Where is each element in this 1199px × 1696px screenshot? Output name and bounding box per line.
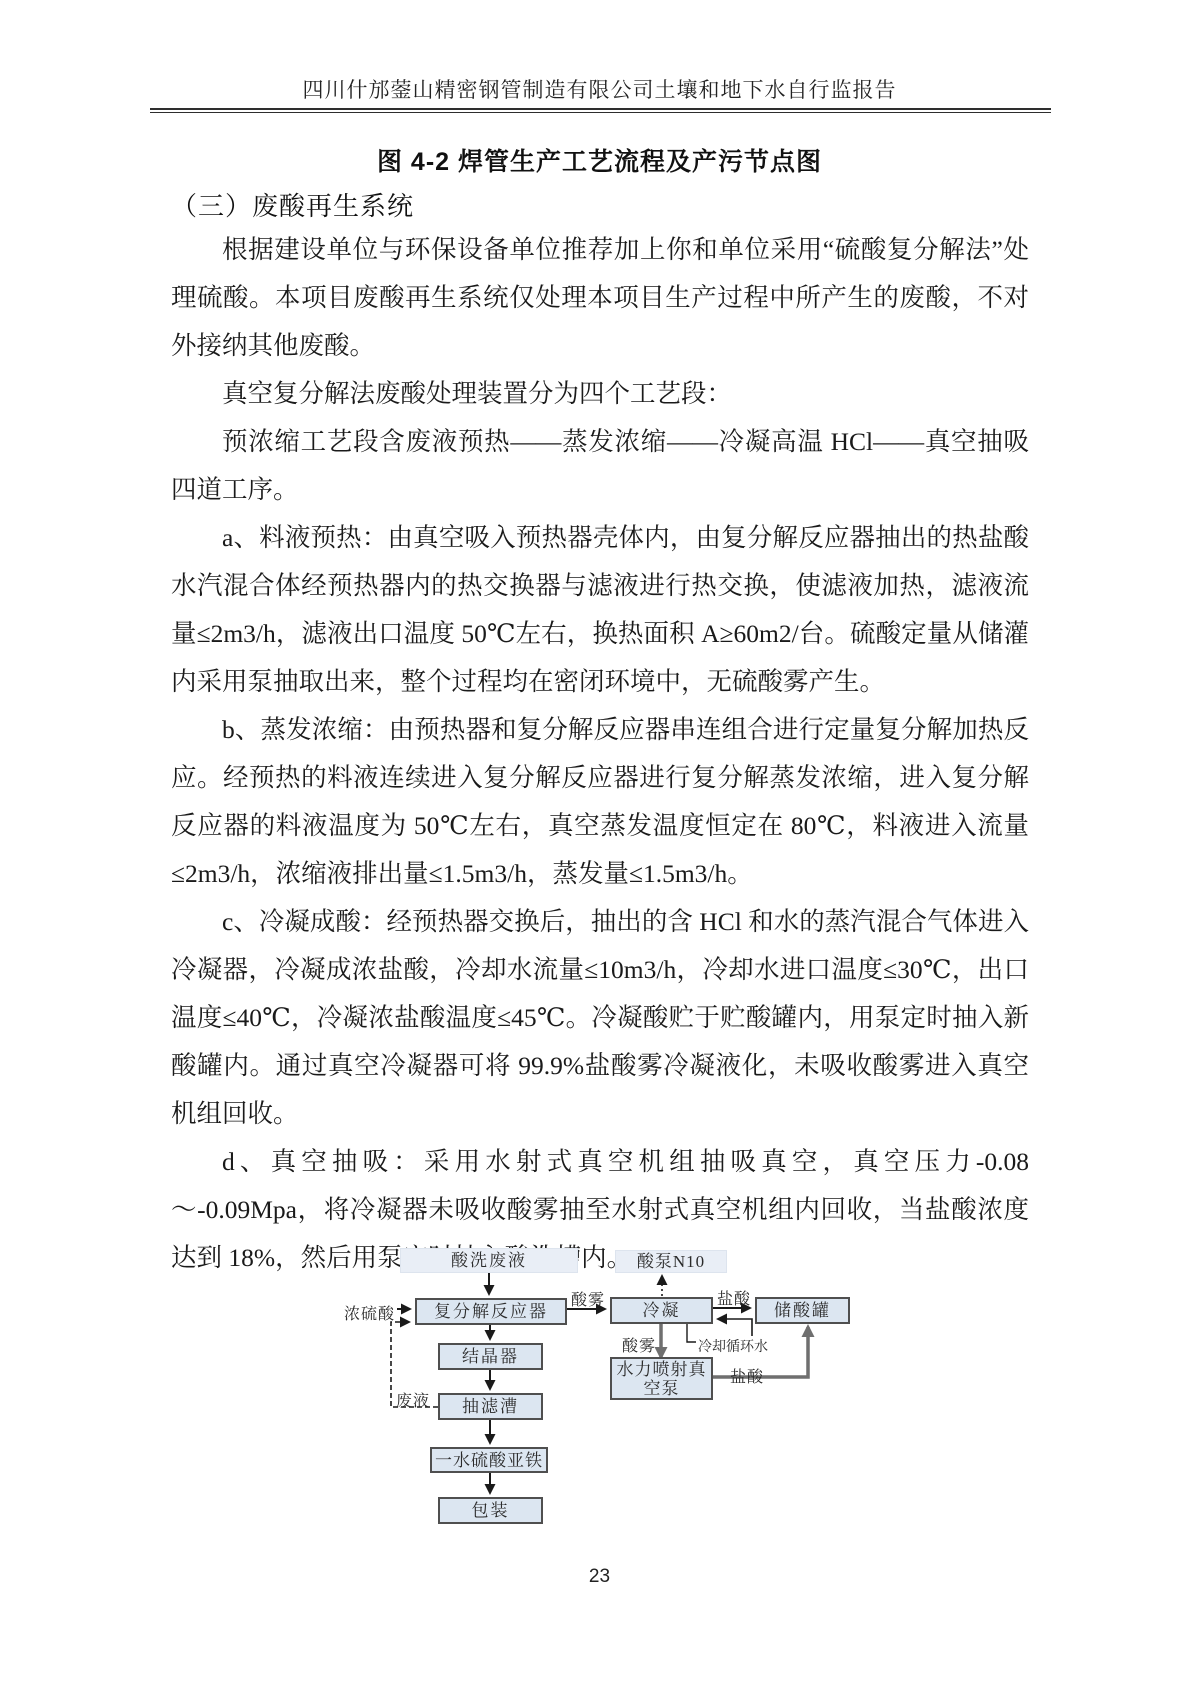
box-pickling-waste: 酸洗废液 [400,1248,578,1273]
label-conc-sulfuric-acid: 浓硫酸 [344,1301,395,1324]
box-acid-pump-n10: 酸泵N10 [615,1250,727,1273]
box-ferrous-sulfate-monohydrate: 一水硫酸亚铁 [430,1447,548,1473]
label-waste-liquid: 废液 [396,1388,430,1411]
page-header: 四川什邡蓥山精密钢管制造有限公司土壤和地下水自行监报告 [0,74,1199,104]
box-suction-filter: 抽滤漕 [438,1393,543,1420]
figure-caption: 图 4-2 焊管生产工艺流程及产污节点图 [0,142,1199,178]
box-hydraulic-jet-vacuum-pump: 水力喷射真空泵 [610,1357,713,1400]
paragraph: a、料液预热：由真空吸入预热器壳体内，由复分解反应器抽出的热盐酸水汽混合体经预热… [171,514,1029,706]
body-text: 根据建设单位与环保设备单位推荐加上你和单位采用“硫酸复分解法”处理硫酸。本项目废… [171,226,1029,1282]
label-acid-mist-top: 酸雾 [571,1287,605,1310]
paragraph: 预浓缩工艺段含废液预热——蒸发浓缩——冷凝高温 HCl——真空抽吸四道工序。 [171,418,1029,514]
section-heading: （三）废酸再生系统 [171,186,414,223]
label-hcl-top: 盐酸 [717,1286,751,1309]
paragraph: 真空复分解法废酸处理装置分为四个工艺段： [171,370,1029,418]
document-page: 四川什邡蓥山精密钢管制造有限公司土壤和地下水自行监报告 图 4-2 焊管生产工艺… [0,0,1199,1696]
box-crystallizer: 结晶器 [438,1343,543,1370]
page-number: 23 [0,1566,1199,1588]
box-condenser: 冷凝 [610,1297,713,1324]
label-acid-mist-down: 酸雾 [622,1333,656,1356]
label-cooling-circulating-water: 冷却循环水 [698,1336,768,1356]
box-acid-storage-tank: 储酸罐 [755,1297,850,1324]
paragraph: 根据建设单位与环保设备单位推荐加上你和单位采用“硫酸复分解法”处理硫酸。本项目废… [171,226,1029,370]
box-metathesis-reactor: 复分解反应器 [415,1298,567,1325]
paragraph: c、冷凝成酸：经预热器交换后，抽出的含 HCl 和水的蒸汽混合气体进入冷凝器，冷… [171,898,1029,1138]
process-flowchart: 酸洗废液 酸泵N10 复分解反应器 冷凝 储酸罐 结晶器 抽滤漕 水力喷射真空泵… [0,1245,1199,1545]
box-packaging: 包装 [438,1497,543,1524]
paragraph: b、蒸发浓缩：由预热器和复分解反应器串连组合进行定量复分解加热反应。经预热的料液… [171,706,1029,898]
header-divider [150,108,1051,113]
label-hcl-bottom: 盐酸 [730,1364,764,1387]
